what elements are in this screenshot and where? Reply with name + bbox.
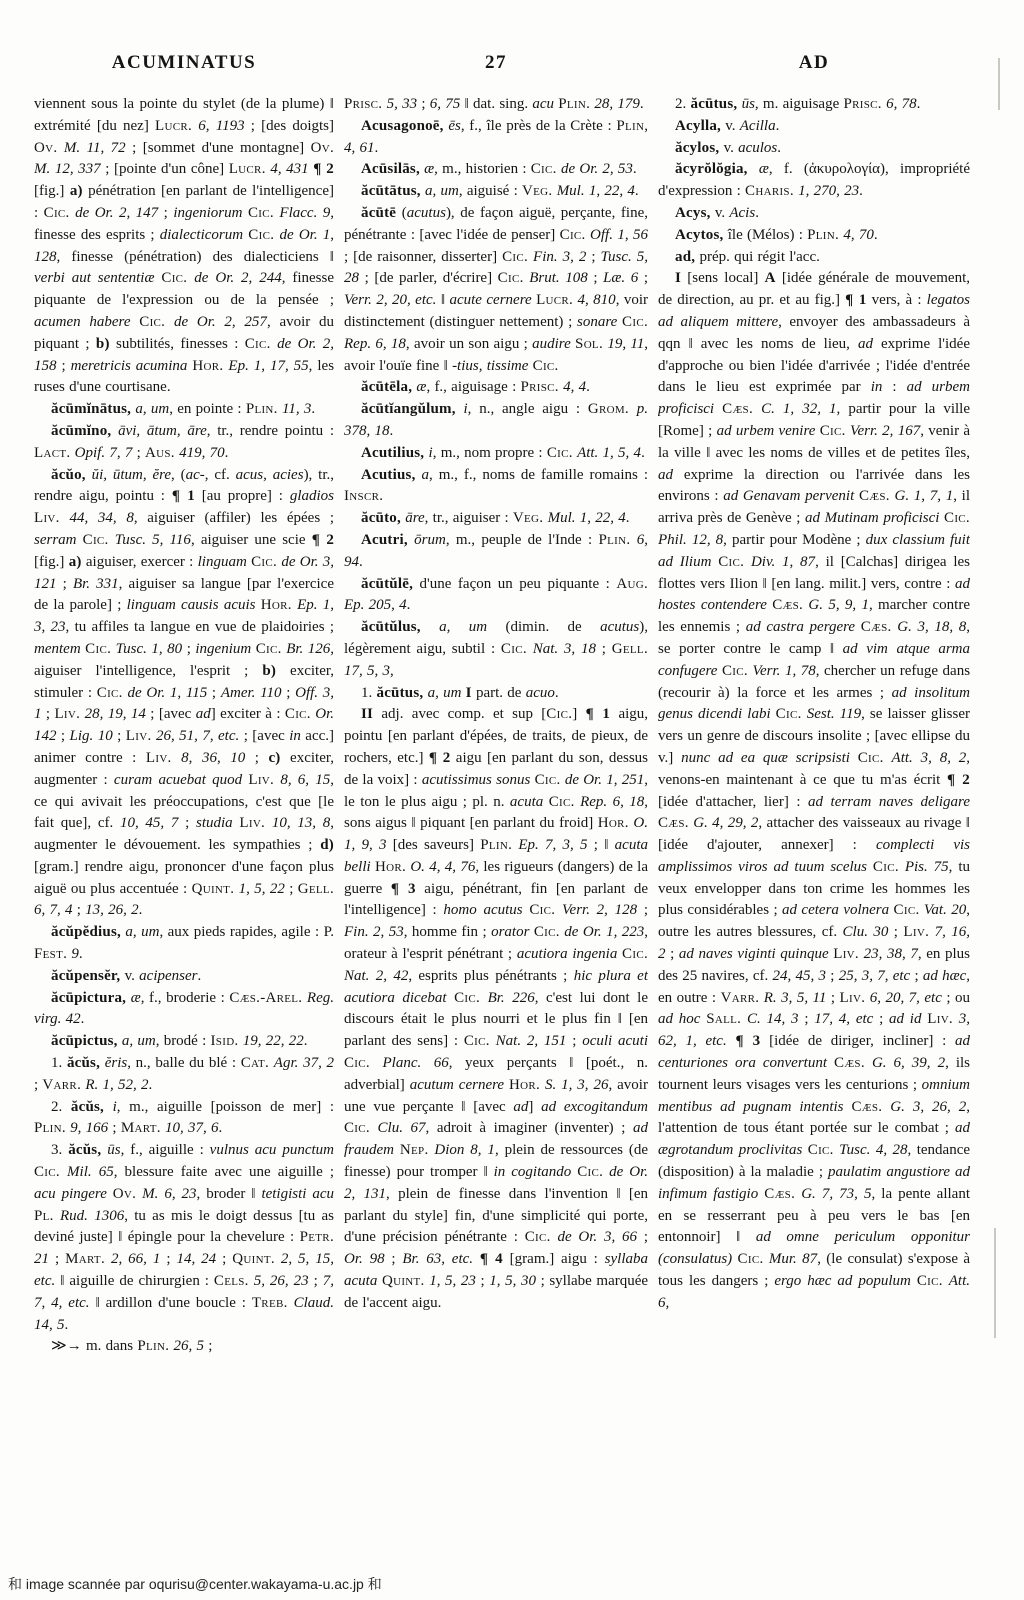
entry-paragraph: ăcūmĭnātus, a, um, en pointe : Plin. 11,… [34, 399, 334, 421]
entry-paragraph: ăcylos, v. aculos. [658, 138, 970, 160]
entry-paragraph: ăcūpictus, a, um, brodé : Isid. 19, 22, … [34, 1031, 334, 1053]
entry-paragraph: ăcyrŏlŏgia, æ, f. (ἀκυρολογία), impropri… [658, 159, 970, 203]
entry-paragraph: 1. ăcŭs, ĕris, n., balle du blé : Cat. A… [34, 1053, 334, 1097]
entry-paragraph: Acūsilās, æ, m., historien : Cic. de Or.… [344, 159, 648, 181]
entry-paragraph: 2. ăcŭs, i, m., aiguille [poisson de mer… [34, 1097, 334, 1141]
scan-artifact [998, 58, 1000, 110]
entry-paragraph: Acutilius, i, m., nom propre : Cic. Att.… [344, 443, 648, 465]
column-3: 2. ăcūtus, ūs, m. aiguisage Prisc. 6, 78… [658, 94, 970, 1562]
entry-paragraph: ăcŭo, ŭi, ūtum, ĕre, (ac-, cf. acus, aci… [34, 465, 334, 923]
entry-paragraph: ≫→ m. dans Plin. 26, 5 ; [34, 1336, 334, 1358]
entry-paragraph: viennent sous la pointe du stylet (de la… [34, 94, 334, 399]
scan-artifact [994, 1228, 996, 1338]
entry-paragraph: ad, prép. qui régit l'acc. [658, 247, 970, 269]
entry-paragraph: 3. ăcŭs, ūs, f., aiguille : vulnus acu p… [34, 1140, 334, 1336]
entry-paragraph: Acytos, île (Mélos) : Plin. 4, 70. [658, 225, 970, 247]
column-2: Prisc. 5, 33 ; 6, 75 ‖ dat. sing. acu Pl… [344, 94, 648, 1562]
page-number: 27 [344, 52, 648, 74]
dictionary-page: ACUMINATUS 27 AD viennent sous la pointe… [0, 0, 1024, 1600]
entry-paragraph: II adj. avec comp. et sup [Cic.] ¶ 1 aig… [344, 704, 648, 1314]
entry-paragraph: ăcūpictura, æ, f., broderie : Cæs.-Arel.… [34, 988, 334, 1032]
entry-paragraph: ăcūtĭangŭlum, i, n., angle aigu : Grom. … [344, 399, 648, 443]
entry-paragraph: Prisc. 5, 33 ; 6, 75 ‖ dat. sing. acu Pl… [344, 94, 648, 116]
entry-paragraph: Acutius, a, m., f., noms de famille roma… [344, 465, 648, 509]
entry-paragraph: ăcūtēla, æ, f., aiguisage : Prisc. 4, 4. [344, 377, 648, 399]
entry-paragraph: ăcŭpensĕr, v. acipenser. [34, 966, 334, 988]
column-1: viennent sous la pointe du stylet (de la… [34, 94, 334, 1562]
entry-paragraph: I [sens local] A [idée générale de mouve… [658, 268, 970, 1314]
entry-paragraph: Acylla, v. Acilla. [658, 116, 970, 138]
entry-paragraph: 1. ăcūtus, a, um I part. de acuo. [344, 683, 648, 705]
entry-paragraph: 2. ăcūtus, ūs, m. aiguisage Prisc. 6, 78… [658, 94, 970, 116]
entry-paragraph: ăcūmĭno, āvi, ātum, āre, tr., rendre poi… [34, 421, 334, 465]
header-right-keyword: AD [658, 52, 970, 74]
entry-paragraph: Acusagonoē, ēs, f., île près de la Crète… [344, 116, 648, 160]
header-left-keyword: ACUMINATUS [34, 52, 334, 74]
entry-paragraph: ăcūtŭlē, d'une façon un peu piquante : A… [344, 574, 648, 618]
entry-paragraph: Acutri, ōrum, m., peuple de l'Inde : Pli… [344, 530, 648, 574]
entry-paragraph: Acys, v. Acis. [658, 203, 970, 225]
running-head: ACUMINATUS 27 AD [34, 52, 964, 74]
entry-paragraph: ăcūto, āre, tr., aiguiser : Veg. Mul. 1,… [344, 508, 648, 530]
entry-paragraph: ăcūtātus, a, um, aiguisé : Veg. Mul. 1, … [344, 181, 648, 203]
entry-paragraph: ăcūtē (acutus), de façon aiguë, perçante… [344, 203, 648, 377]
entry-paragraph: ăcŭpĕdius, a, um, aux pieds rapides, agi… [34, 922, 334, 966]
text-columns: viennent sous la pointe du stylet (de la… [34, 94, 970, 1562]
scan-credit: 和 image scannée par oqurisu@center.wakay… [8, 1574, 382, 1594]
entry-paragraph: ăcūtŭlus, a, um (dimin. de acutus), légè… [344, 617, 648, 682]
